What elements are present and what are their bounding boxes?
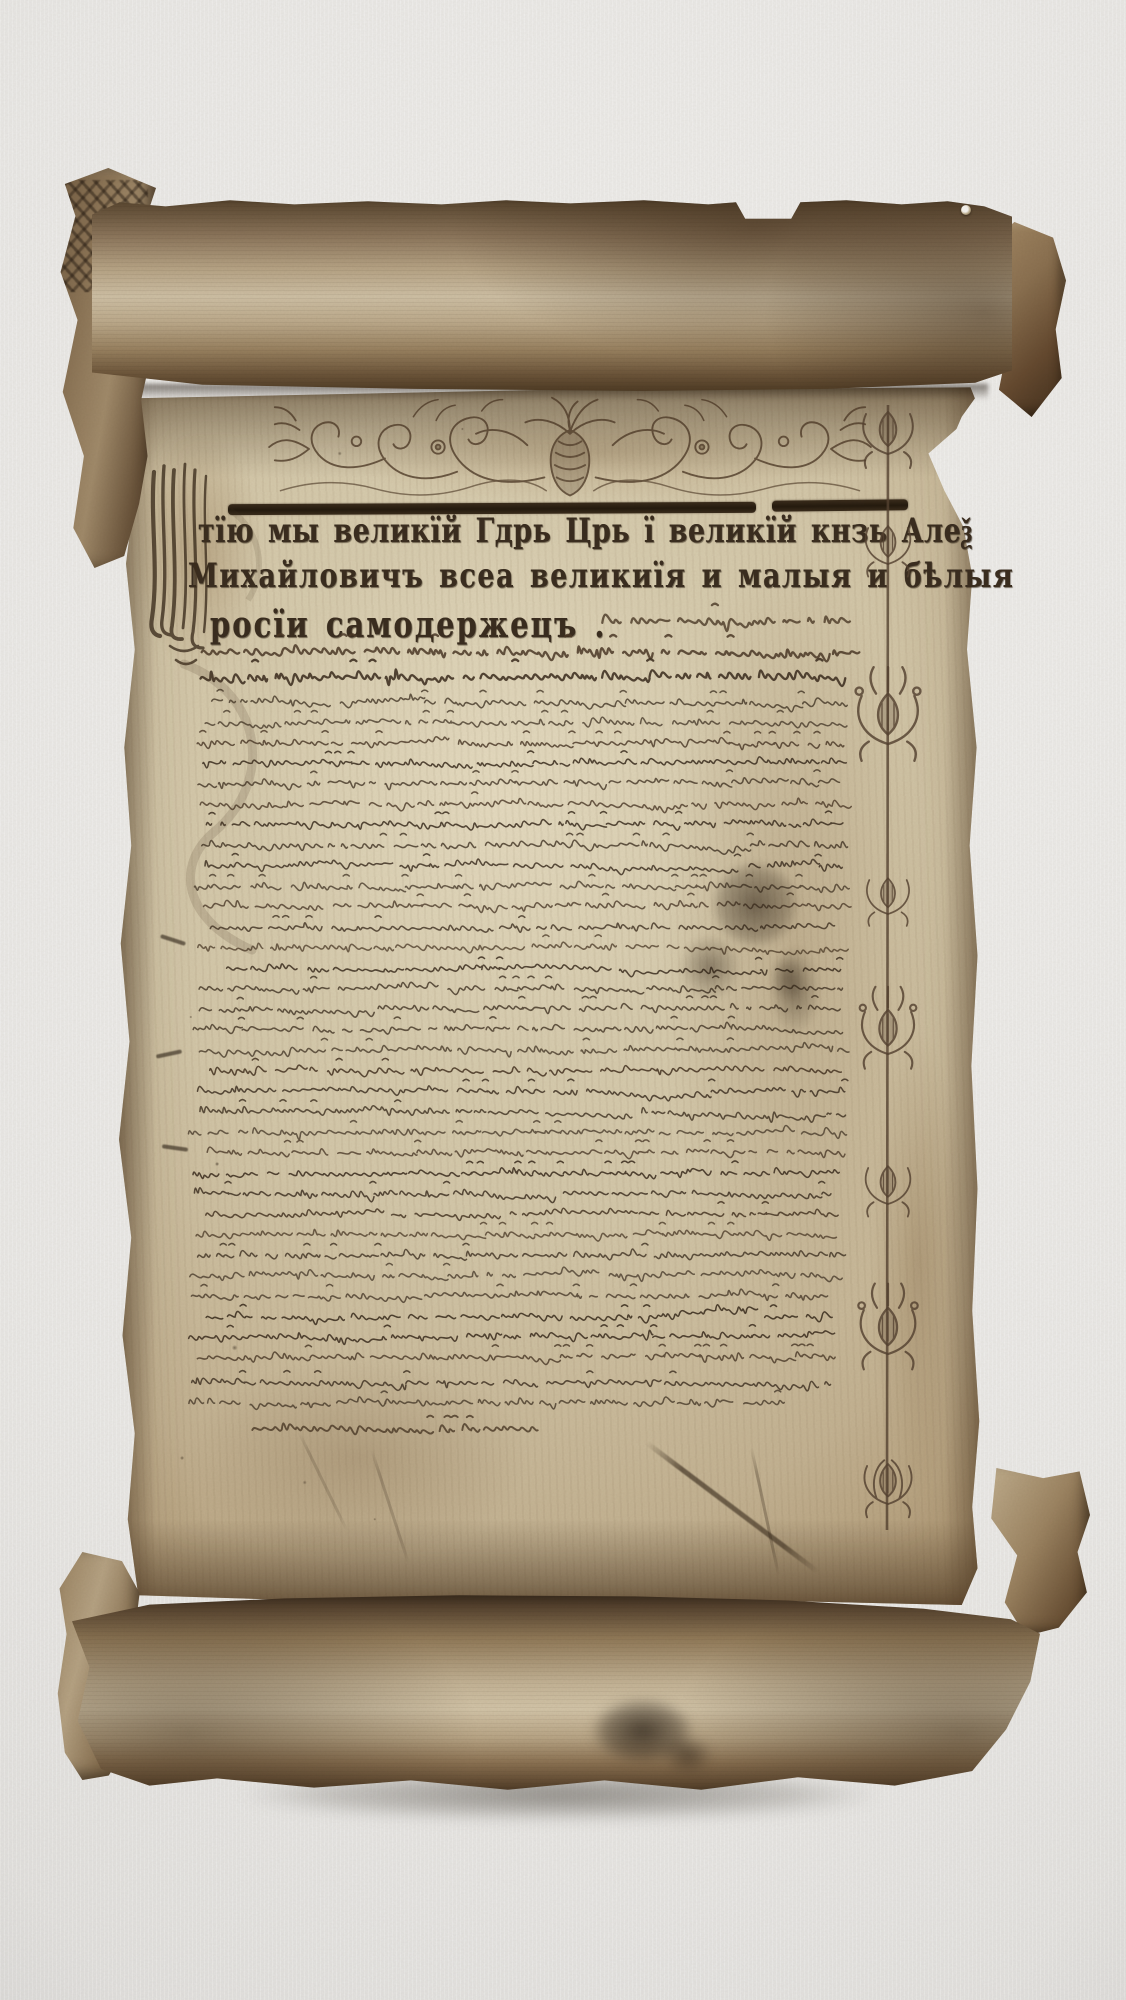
bottom-roll (72, 1588, 1040, 1796)
stain-on-bottom-roll (575, 1688, 725, 1783)
wormhole (961, 205, 971, 215)
manuscript-scroll-photo: тїю мы великїй Гдрь Црь ї великїй кнзь А… (0, 0, 1126, 2000)
right-floral-garland (830, 395, 950, 1580)
ink-blot-small (760, 930, 830, 1050)
left-margin-flourishes (140, 450, 290, 970)
top-roll (92, 190, 1012, 395)
